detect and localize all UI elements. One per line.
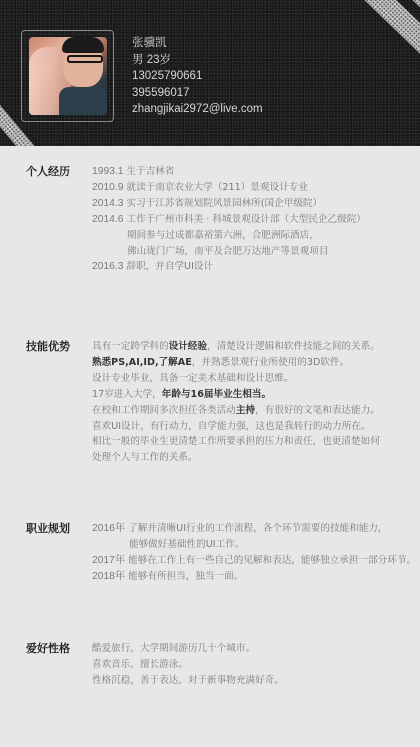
hobby-line: 酷爱旅行，大学期间游历几十个城市。 xyxy=(92,641,284,657)
resume-page: 张骥凯 男 23岁 13025790661 395596017 zhangjik… xyxy=(0,0,420,747)
history-text: 生于吉林省 xyxy=(127,166,175,177)
hobby-line: 喜欢音乐，擅长游泳。 xyxy=(92,657,284,673)
skill-highlight: 年龄与16届毕业生相当。 xyxy=(162,389,271,400)
skill-line: 17岁进入大学，年龄与16届毕业生相当。 xyxy=(92,387,380,403)
skill-highlight: 主持 xyxy=(236,405,255,416)
history-item: 2010.9就读于南京农业大学（211）景观设计专业 xyxy=(92,180,366,196)
skill-text: 设计专业毕业，具备一定美术基础和设计思维。 xyxy=(92,373,293,384)
history-date: 2014.3 xyxy=(92,196,124,212)
skill-text: ，清楚设计逻辑和软件技能之间的关系。 xyxy=(207,341,380,352)
history-item: 2014.6工作于广州市科美 · 科城景观设计部（大型民企乙级院） xyxy=(92,212,366,228)
skill-text: 具有一定跨学科的 xyxy=(92,341,169,352)
history-item: 2016.3辞职，并自学UI设计 xyxy=(92,259,366,275)
profile-email: zhangjikai2972@live.com xyxy=(132,101,263,118)
skill-highlight: 熟悉PS,AI,ID,了解AE xyxy=(92,357,192,368)
section-title: 个人经历 xyxy=(26,164,70,180)
section-body: 1993.1生于吉林省 2010.9就读于南京农业大学（211）景观设计专业 2… xyxy=(92,164,366,275)
history-date: 2016.3 xyxy=(92,259,124,275)
history-item: 2014.3实习于江苏省规划院风景园林所(国企甲级院） xyxy=(92,196,366,212)
history-text: 期间参与过成都嘉裕第六洲，合肥洲际酒店， xyxy=(127,230,319,241)
avatar-photo xyxy=(29,37,107,115)
skill-text: 喜欢UI设计，有行动力，自学能力强，这也是我转行的动力所在。 xyxy=(92,421,370,432)
career-text: 能够在工作上有一些自己的见解和表达，能够独立承担一部分环节。 xyxy=(128,555,416,566)
history-text: 就读于南京农业大学（211）景观设计专业 xyxy=(127,182,308,193)
history-date: 1993.1 xyxy=(92,164,124,180)
career-item: 2017年能够在工作上有一些自己的见解和表达，能够独立承担一部分环节。 xyxy=(92,553,416,569)
history-item-continuation: 期间参与过成都嘉裕第六洲，合肥洲际酒店， xyxy=(92,228,366,244)
section-body: 2016年了解并清晰UI行业的工作流程，各个环节需要的技能和能力， 能够做好基础… xyxy=(92,521,416,585)
history-text: 实习于江苏省规划院风景园林所(国企甲级院） xyxy=(127,198,323,209)
career-text: 了解并清晰UI行业的工作流程，各个环节需要的技能和能力， xyxy=(128,523,387,534)
skill-line: 处理个人与工作的关系。 xyxy=(92,450,380,466)
skill-text: ，有很好的文笔和表达能力。 xyxy=(255,405,380,416)
skill-line: 具有一定跨学科的设计经验，清楚设计逻辑和软件技能之间的关系。 xyxy=(92,339,380,355)
skill-line: 设计专业毕业，具备一定美术基础和设计思维。 xyxy=(92,371,380,387)
profile-gender-age: 男 23岁 xyxy=(132,52,263,69)
road-stripe-decoration xyxy=(352,0,420,85)
skill-text: ，并熟悉景观行业所使用的3D软件。 xyxy=(192,357,349,368)
history-item-continuation: 佛山珑门广场，南平及合肥万达地产等景观项目 xyxy=(92,244,366,260)
career-item-continuation: 能够做好基础性的UI工作。 xyxy=(92,537,416,553)
hobby-line: 性格沉稳，善于表达，对于新事物充满好奇。 xyxy=(92,673,284,689)
profile-phone: 13025790661 xyxy=(132,68,263,85)
history-date: 2010.9 xyxy=(92,180,124,196)
skill-text: 处理个人与工作的关系。 xyxy=(92,452,198,463)
career-item: 2016年了解并清晰UI行业的工作流程，各个环节需要的技能和能力， xyxy=(92,521,416,537)
avatar-frame xyxy=(21,30,114,122)
career-year: 2018年 xyxy=(92,569,125,585)
skill-text: 相比一般的毕业生更清楚工作所要承担的压力和责任，也更清楚如何 xyxy=(92,436,380,447)
section-title: 职业规划 xyxy=(26,521,70,537)
profile-info: 张骥凯 男 23岁 13025790661 395596017 zhangjik… xyxy=(132,35,263,118)
career-year: 2016年 xyxy=(92,521,125,537)
section-title: 爱好性格 xyxy=(26,641,70,657)
profile-name: 张骥凯 xyxy=(132,35,263,52)
history-item: 1993.1生于吉林省 xyxy=(92,164,366,180)
skill-line: 相比一般的毕业生更清楚工作所要承担的压力和责任，也更清楚如何 xyxy=(92,434,380,450)
skill-line: 在校和工作期间多次担任各类活动主持，有很好的文笔和表达能力。 xyxy=(92,403,380,419)
history-text: 佛山珑门广场，南平及合肥万达地产等景观项目 xyxy=(127,246,328,257)
career-item: 2018年能够有所担当，独当一面。 xyxy=(92,569,416,585)
section-body: 具有一定跨学科的设计经验，清楚设计逻辑和软件技能之间的关系。 熟悉PS,AI,I… xyxy=(92,339,380,466)
career-text: 能够做好基础性的UI工作。 xyxy=(129,539,244,550)
photo-hair-shape xyxy=(62,37,104,53)
profile-qq: 395596017 xyxy=(132,85,263,102)
skill-text: 17岁进入大学， xyxy=(92,389,162,400)
resume-header: 张骥凯 男 23岁 13025790661 395596017 zhangjik… xyxy=(0,0,420,146)
history-text: 工作于广州市科美 · 科城景观设计部（大型民企乙级院） xyxy=(127,214,366,225)
section-body: 酷爱旅行，大学期间游历几十个城市。 喜欢音乐，擅长游泳。 性格沉稳，善于表达，对… xyxy=(92,641,284,689)
history-date: 2014.6 xyxy=(92,212,124,228)
skill-line: 熟悉PS,AI,ID,了解AE，并熟悉景观行业所使用的3D软件。 xyxy=(92,355,380,371)
career-text: 能够有所担当，独当一面。 xyxy=(128,571,243,582)
photo-shirt-shape xyxy=(59,87,107,115)
skill-line: 喜欢UI设计，有行动力，自学能力强，这也是我转行的动力所在。 xyxy=(92,419,380,435)
section-title: 技能优势 xyxy=(26,339,70,355)
career-year: 2017年 xyxy=(92,553,125,569)
history-text: 辞职，并自学UI设计 xyxy=(127,261,214,272)
skill-text: 在校和工作期间多次担任各类活动 xyxy=(92,405,236,416)
skill-highlight: 设计经验 xyxy=(169,341,207,352)
photo-glasses-shape xyxy=(67,55,103,63)
